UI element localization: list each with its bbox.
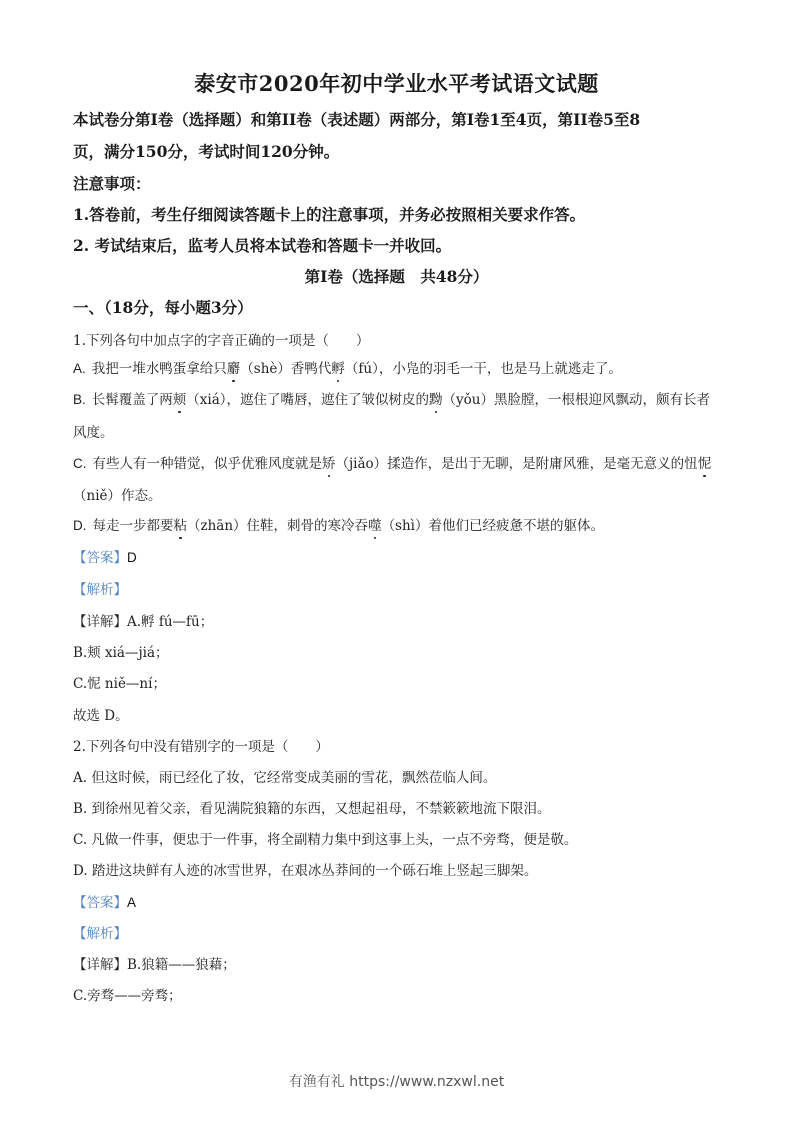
answer-value: D [127, 550, 137, 565]
dotted-char: 孵 [331, 357, 345, 377]
q1-option-a: A.我把一堆水鸭蛋拿给只麝（shè）香鸭代孵（fú），小凫的羽毛一干，也是马上就… [73, 357, 622, 377]
q1-stem: 1.下列各句中加点字的字音正确的一项是（ ） [73, 329, 369, 349]
option-text: （shì）着他们已经疲惫不堪的躯体。 [382, 518, 604, 534]
q1-option-b: B.长髯覆盖了两颊（xiá），遮住了嘴唇，遮住了皱似树皮的黝（yǒu）黑脸膛，一… [73, 388, 710, 408]
notice-item-1: 1.答卷前，考生仔细阅读答题卡上的注意事项，并务必按照相关要求作答。 [73, 203, 585, 225]
option-text: （yǒu）黑脸膛，一根根迎风飘动，颇有长者 [443, 392, 710, 408]
section-title: 第Ⅰ卷（选择题 共48分） [0, 265, 793, 287]
q1-detail-3: C.怩 niě—ní； [73, 672, 166, 692]
notice-heading: 注意事项： [73, 172, 151, 194]
option-text: （shè）香鸭代 [240, 361, 331, 377]
option-label: B. [73, 392, 86, 407]
q1-detail-2: B.颊 xiá—jiá； [73, 641, 169, 661]
answer-label: 【答案】 [73, 550, 127, 566]
q2-option-c: C. 凡做一件事，便忠于一件事，将全副精力集中到这事上头，一点不旁骛，便是敬。 [73, 828, 577, 848]
notice-item-2: 2. 考试结束后，监考人员将本试卷和答题卡一并收回。 [73, 234, 451, 256]
option-text: （fú），小凫的羽毛一干，也是马上就逃走了。 [345, 361, 622, 377]
intro-line-1: 本试卷分第Ⅰ卷（选择题）和第II卷（表述题）两部分，第Ⅰ卷1至4页，第II卷5至… [73, 108, 640, 130]
q1-detail-4: 故选 D。 [73, 704, 129, 724]
dotted-char: 怩 [698, 452, 712, 472]
answer-label: 【答案】 [73, 895, 127, 911]
q1-detail-1: 【详解】A.孵 fú—fū； [73, 610, 213, 630]
option-label: C. [73, 456, 87, 471]
q2-answer: 【答案】A [73, 891, 136, 911]
q1-analysis-label: 【解析】 [73, 578, 127, 598]
document-title: 泰安市2020年初中学业水平考试语文试题 [0, 68, 793, 98]
dotted-char: 噬 [368, 514, 382, 534]
part-one-heading: 一、（18分，每小题3分） [73, 296, 253, 318]
q1-answer: 【答案】D [73, 546, 137, 566]
q2-option-d: D. 踏进这块鲜有人迹的冰雪世界，在艰冰丛莽间的一个砾石堆上竖起三脚架。 [73, 859, 537, 879]
option-text: （jiǎo）揉造作，是出于无聊，是附庸风雅，是毫无意义的忸 [336, 456, 698, 472]
option-label: A. [73, 361, 86, 376]
q2-option-b: B. 到徐州见着父亲，看见满院狼籍的东西，又想起祖母，不禁簌簌地流下限泪。 [73, 797, 551, 817]
dotted-char: 粘 [174, 514, 188, 534]
dotted-char: 麝 [227, 357, 241, 377]
q2-detail-2: C.旁骛——旁骛； [73, 984, 182, 1004]
dotted-char: 黝 [429, 388, 443, 408]
dotted-char: 矫 [322, 452, 336, 472]
option-text: 我把一堆水鸭蛋拿给只 [92, 361, 227, 377]
intro-line-2: 页，满分150分，考试时间120分钟。 [73, 140, 339, 162]
option-text: 有些人有一种错觉，似乎优雅风度就是 [93, 456, 323, 472]
q2-detail-1: 【详解】B.狼籍——狼藉； [73, 953, 236, 973]
q1-option-d: D.每走一步都要粘（zhān）住鞋，刺骨的寒冷吞噬（shì）着他们已经疲惫不堪的… [73, 514, 604, 534]
q2-analysis-label: 【解析】 [73, 922, 127, 942]
option-text: 长髯覆盖了两 [92, 392, 173, 408]
answer-value: A [127, 895, 136, 910]
footer-watermark: 有渔有礼 https://www.nzxwl.net [0, 1071, 793, 1091]
option-text: （xiá），遮住了嘴唇，遮住了皱似树皮的 [186, 392, 429, 408]
q1-option-b-cont: 风度。 [73, 421, 114, 441]
option-label: D. [73, 518, 87, 533]
q1-option-c: C.有些人有一种错觉，似乎优雅风度就是矫（jiǎo）揉造作，是出于无聊，是附庸风… [73, 452, 711, 472]
q2-option-a: A. 但这时候，雨已经化了妆，它经常变成美丽的雪花，飘然莅临人间。 [73, 766, 496, 786]
document-page: 泰安市2020年初中学业水平考试语文试题 本试卷分第Ⅰ卷（选择题）和第II卷（表… [0, 0, 793, 1122]
option-text: （zhān）住鞋，刺骨的寒冷吞 [187, 518, 368, 534]
q2-stem: 2.下列各句中没有错别字的一项是（ ） [73, 735, 329, 755]
q1-option-c-cont: （niě）作态。 [73, 484, 162, 504]
option-text: 每走一步都要 [93, 518, 174, 534]
dotted-char: 颊 [173, 388, 187, 408]
